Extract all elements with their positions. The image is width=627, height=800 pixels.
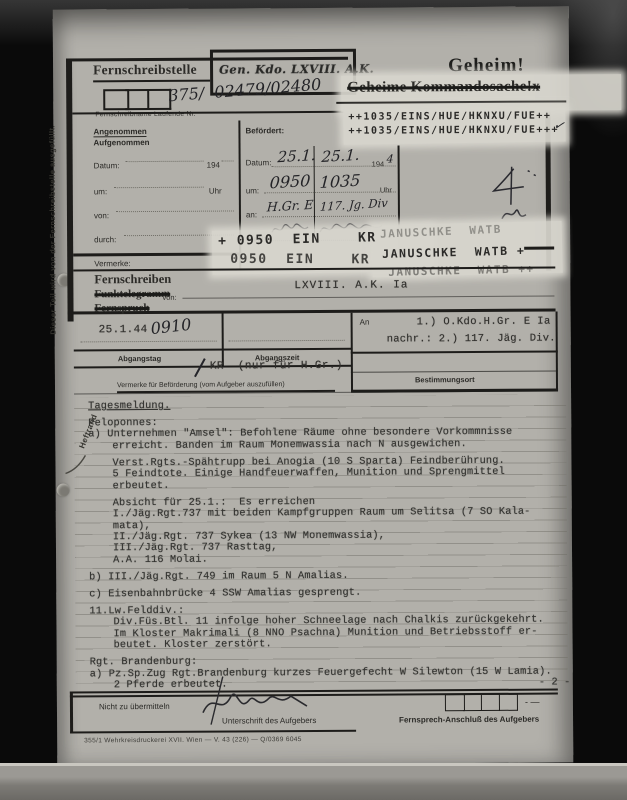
fwd-datum-label: Datum: [246,158,272,167]
fwd-time-col1: 0950 [269,171,311,192]
message-line: A.A. 116 Molai. [113,554,208,567]
printer-imprint: 355/1 Wehrkreisdruckerei XVII. Wien — V.… [84,736,302,744]
received-year: 194 [207,161,220,170]
fwd-year-hw: 4 [386,152,394,165]
not-transmit-label: Nicht zu übermitteln [99,702,170,711]
divider [222,314,224,367]
fwd-date-col1: 25.1. [277,146,316,166]
divider [524,247,554,250]
stamp-name-row3: JANUSCHKE WATB ++ [388,262,534,278]
blank-field [229,340,345,342]
message-line: 5 Feindtote. Einige Handfeuerwaffen, Mun… [113,466,505,480]
dispatch-time-handwritten: 0910 [150,315,193,338]
message-line: erbeutet. [113,480,170,492]
kr-priority-note: KR (nur für H.Gr.) [210,360,343,373]
form-title: Fernschreibstelle [93,62,197,79]
message-line: beutet. Kloster zerstört. [114,638,272,651]
msgtype-fernspruch-struck: Fernspruch [94,302,149,314]
serial-box-2 [125,89,149,110]
phone-box-2 [463,694,482,711]
forwarded-title: Befördert: [245,126,284,135]
msgtype-funktelegramm-struck: Funktelegramm [94,288,170,300]
phone-box-4 [499,694,518,711]
abgangstag-label: Abgangstag [118,354,161,363]
received-um-label: um: [94,187,107,196]
bestimmungsort-label: Bestimmungsort [415,375,475,384]
forward-note-caption: Vermerke für Beförderung (vom Aufgeber a… [117,381,285,389]
message-line: b) III./Jäg.Rgt. 749 im Raum 5 N Amalias… [89,570,349,584]
scanned-page-background: { "colors": { "paper": "#b2b0aa", "ink":… [0,0,627,800]
msgtype-von-label: von: [162,293,176,302]
message-line: I./Jäg.Rgt.737 mit beiden Kampfgruppen R… [113,506,531,521]
phone-dash: - — [525,697,540,707]
recipient-1: 1.) O.Kdo.H.Gr. E Ia [417,316,551,329]
stamp-in-row2: 0950 EIN KR [230,252,370,268]
fwd-year-print: 194 [372,160,385,169]
dispatch-date: 25.1.44 [99,324,148,336]
recipient-2: nachr.: 2.) 117. Jäg. Div. [387,333,556,346]
teletype-line-1: ++1035/EINS/HUE/HKNXU/FUE++ [348,111,551,123]
received-datum-label: Datum: [94,161,120,170]
blank-field [126,161,204,162]
sender-unit: LXVIII. A.K. Ia [294,279,408,292]
fwd-uhr: Uhr [380,186,392,195]
message-line: Tagesmeldung. [88,400,170,413]
blank-field [81,341,217,343]
divider [74,348,352,351]
fwd-an-label: an: [246,210,257,219]
phone-box-3 [481,694,500,711]
fwd-an-col2: 117. Jg. Div [320,196,389,214]
blank-field [114,187,204,189]
divider [70,691,73,733]
message-line: erreicht. Banden im Raum Monemwassia nac… [112,438,467,452]
received-title-2: Aufgenommen [93,138,149,147]
msgtype-fernschreiben: Fernschreiben [94,272,171,287]
page-marker: - 2 - [539,676,571,688]
blank-field [262,215,396,217]
an-label: An [360,318,370,327]
received-uhr: Uhr [209,187,222,196]
divider [70,730,356,733]
scanned-document: Dieser Teil wird von der Fernschreibstel… [53,6,574,765]
divider [351,351,558,354]
fwd-date-col2: 25.1. [321,146,360,166]
message-line: c) Eisenbahnbrücke 4 SSW Amalias gespren… [89,587,361,601]
received-durch-label: durch: [94,235,116,244]
vermerke-label: Vermerke: [94,259,131,268]
left-margin-vertical-note: Dieser Teil wird von der Fernschreibstel… [47,63,58,335]
fwd-time-col2: 1035 [319,171,361,192]
blank-field [116,210,234,212]
divider [182,296,554,299]
signature-caption: Unterschrift des Aufgebers [222,716,316,726]
received-title-1: Angenommen [93,127,146,137]
fwd-um-label: um: [246,186,259,195]
divider [351,371,558,373]
divider [66,58,74,321]
punch-hole-bottom [57,483,70,496]
received-von-label: von: [94,211,109,220]
divider [72,111,344,114]
crossed-classification: Geheime Kommandosache!x [347,79,540,97]
scanner-bed-strip [0,763,627,800]
teletype-line-2: ++1035/EINS/HUE/HKNXU/FUE+++ [348,124,559,136]
phone-caption: Fernsprech-Anschluß des Aufgebers [399,715,539,725]
handwritten-slash-mark [193,357,207,379]
divider [93,80,210,82]
unit-stamp-text: Gen. Kdo. LXVIII. A.K. [219,62,374,77]
message-line: mata), [113,520,151,532]
fwd-an-col1: H.Gr. E [266,197,313,215]
blank-field [264,191,396,193]
blank-field [222,160,234,161]
